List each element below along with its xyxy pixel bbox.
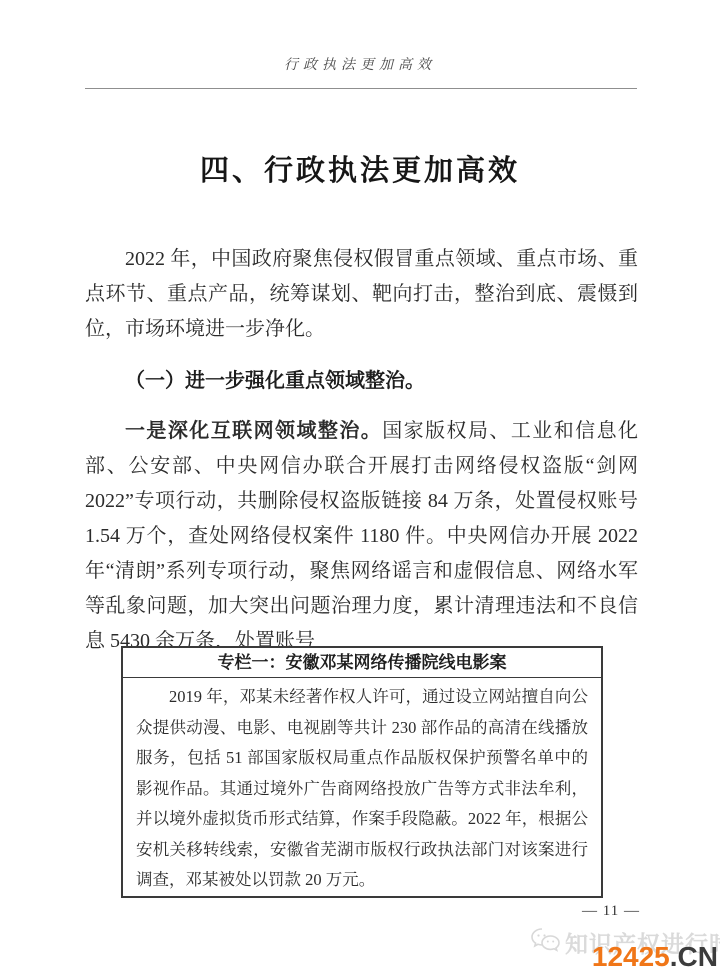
watermark-brand-suffix: .CN: [670, 941, 718, 972]
paragraph-overview: 2022 年，中国政府聚焦侵权假冒重点领域、重点市场、重点环节、重点产品，统筹谋…: [85, 242, 638, 347]
case-box-title: 专栏一：安徽邓某网络传播院线电影案: [123, 648, 601, 678]
paragraph-body-text: 国家版权局、工业和信息化部、公安部、中央网信办联合开展打击网络侵权盗版“剑网 2…: [85, 420, 638, 652]
section-subtitle: （一）进一步强化重点领域整治。: [85, 364, 638, 399]
case-study-box: 专栏一：安徽邓某网络传播院线电影案 2019 年，邓某未经著作权人许可，通过设立…: [121, 646, 603, 898]
page-title: 四、行政执法更加高效: [0, 148, 720, 189]
running-header: 行政执法更加高效: [0, 54, 720, 74]
header-rule: [85, 88, 637, 89]
case-box-body: 2019 年，邓某未经著作权人许可，通过设立网站擅自向公众提供动漫、电影、电视剧…: [123, 678, 601, 896]
paragraph-lead-bold: 一是深化互联网领域整治。: [125, 420, 382, 442]
paragraph-internet-governance: 一是深化互联网领域整治。国家版权局、工业和信息化部、公安部、中央网信办联合开展打…: [85, 414, 638, 659]
watermark: 知识产权进行时 12425.CN: [530, 924, 718, 976]
watermark-brand: 12425.CN: [592, 941, 718, 973]
document-page: 行政执法更加高效 四、行政执法更加高效 2022 年，中国政府聚焦侵权假冒重点领…: [0, 0, 720, 977]
wechat-icon: [530, 927, 560, 958]
page-number: — 11 —: [582, 903, 640, 920]
watermark-brand-number: 12425: [592, 941, 670, 972]
